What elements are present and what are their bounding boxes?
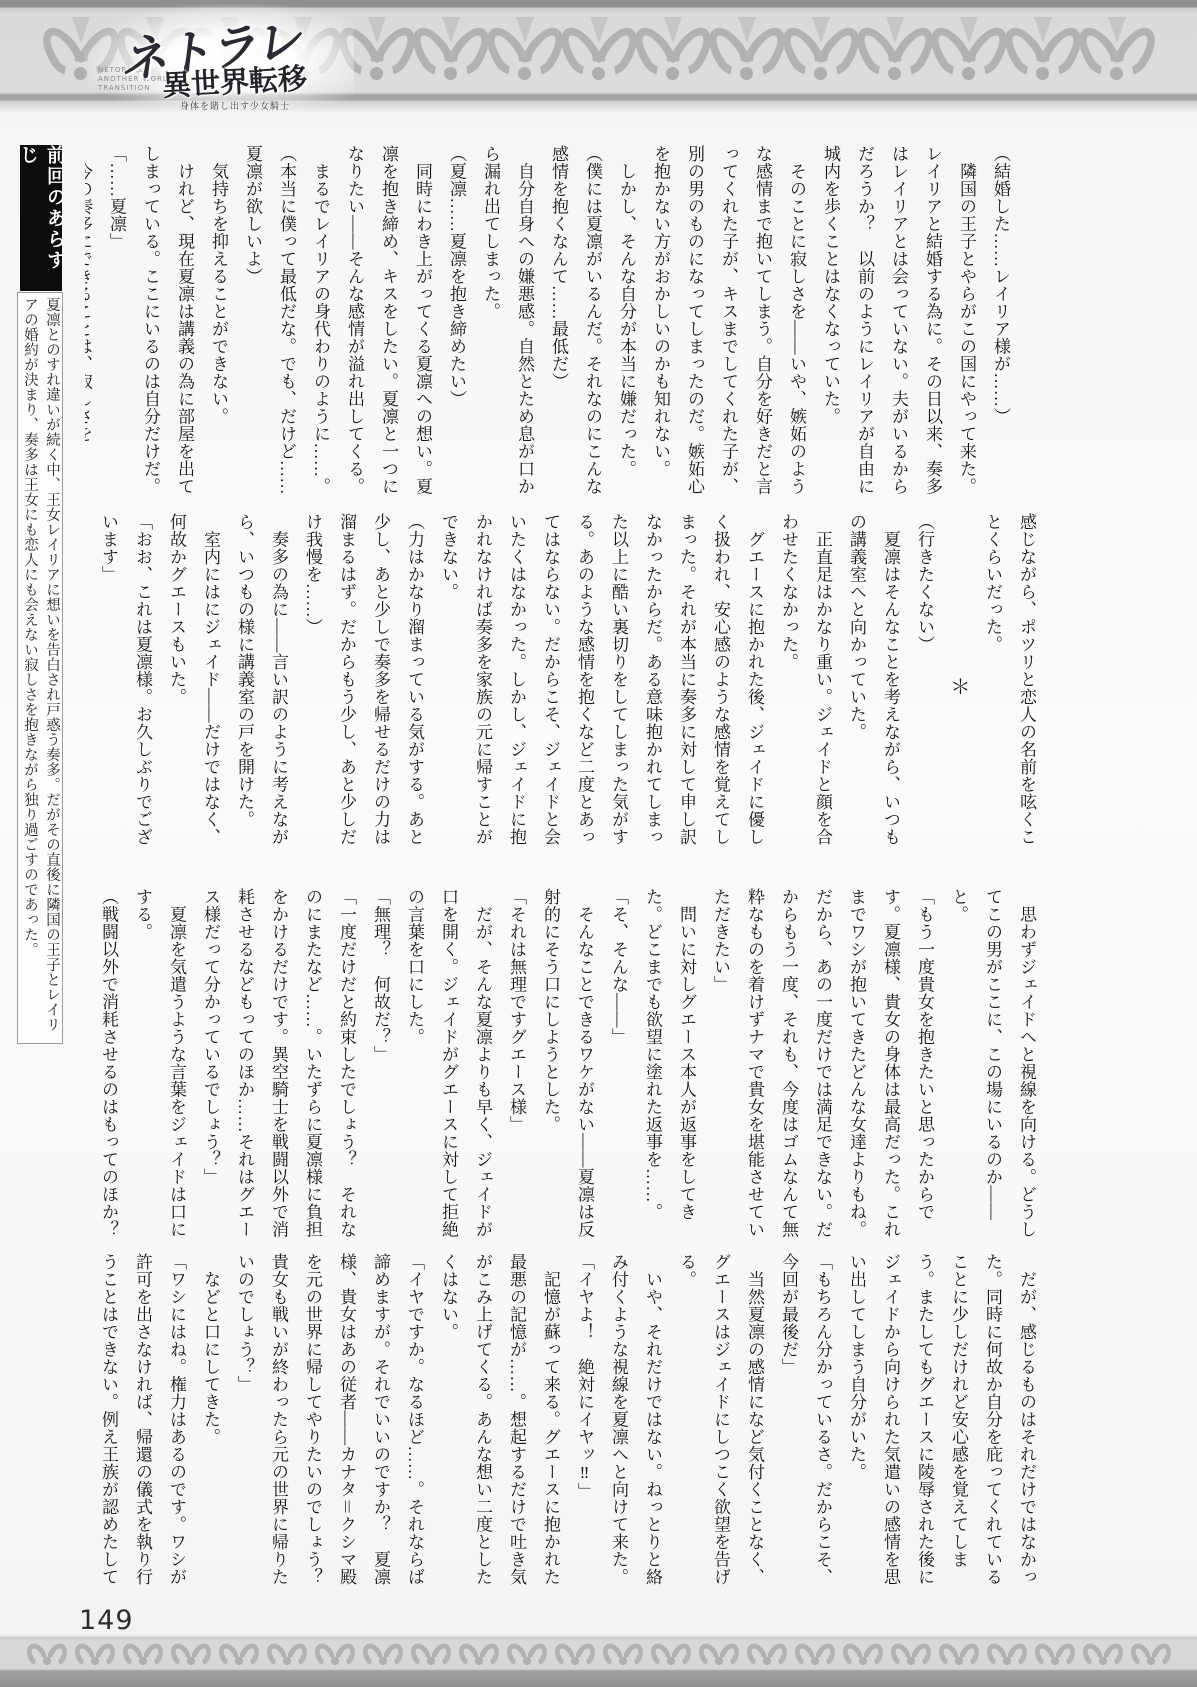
scrollwork-motif — [647, 1641, 695, 1667]
scrollwork-motif — [839, 1641, 887, 1667]
paragraph: 「ワシにはね。権力はあるのです。ワシが許可を出さなければ、帰還の儀式を執り行うこ… — [85, 1253, 193, 1600]
scrollwork-motif — [562, 11, 636, 91]
paragraph: けれど、現在夏凛は講義の為に部屋を出てしまっている。ここにいるのは自分だけだ。 — [133, 145, 201, 497]
scrollwork-motif — [455, 1641, 503, 1667]
paragraph: （戦闘以外で消耗させるのはもってのほか？ それを……それをお前が言うのか。お前が… — [85, 888, 125, 1240]
scrollwork-motif — [935, 1641, 983, 1667]
paragraph: 「おお、これは夏凛様。お久しぶりでございます」 — [91, 513, 159, 859]
scrollwork-motif — [311, 1641, 359, 1667]
paragraph: 「一度だけだと約束したでしょう？ それなのにまたなど……。いたずらに夏凛様に負担… — [193, 888, 363, 1240]
paragraph: しかし、そんな自分が本当に嫌だった。 — [609, 145, 643, 497]
paragraph: （行きたくない） — [907, 513, 941, 859]
paragraph: 「もちろん分かっているさ。だからこそ、今回が最後だ」 — [771, 1253, 839, 1600]
synopsis-text: 夏凛とのすれ違いが続く中、王女レイリアに想いを告白され戸惑う奏多。だがその直後に… — [19, 297, 63, 1039]
paragraph: 「そ、そんな――」 — [601, 888, 635, 1240]
paragraph: 同時にわき上がってくる夏凛への想い。夏凛を抱き締め、キスをしたい。夏凛と一つにな… — [337, 145, 439, 497]
scrollwork-motif — [359, 1641, 407, 1667]
scrollwork-motif — [1080, 11, 1154, 91]
scrollwork-motif — [414, 11, 488, 91]
scrollwork-motif — [983, 1641, 1031, 1667]
novel-page: Netorare Another World Transition ネトラレ 異… — [0, 0, 1197, 1687]
paragraph: 隣国の王子とやらがこの国にやって来た。レイリアと結婚する為に。その日以来、奏多は… — [813, 145, 983, 497]
text-band-2: 感じながら、ポツリと恋人の名前を呟くことくらいだった。＊（行きたくない） 夏凛は… — [85, 513, 1043, 859]
paragraph: 「……夏凛」 — [99, 145, 133, 497]
scrollwork-motif — [710, 11, 784, 91]
paragraph: 夏凛はそんなことを考えながら、いつもの講義室へと向かっていた。 — [839, 513, 907, 859]
text-band-4: だが、感じるものはそれだけではなかった。同時に何故か自分を庇ってくれていることに… — [85, 1253, 1043, 1600]
paragraph: 奏多の為に――言い訳のように考えながら、いつもの様に講義室の戸を開けた。 — [227, 513, 295, 859]
paragraph: 当然夏凛の感情になど気付くことなく、グエースはジェイドにしつこく欲望を告げる。 — [669, 1253, 771, 1600]
scrollwork-motif — [551, 1641, 599, 1667]
paragraph: 今の奏多にできることは、寂しさを — [85, 145, 99, 497]
paragraph: そのことに寂しさを――いや、嫉妬のような感情まで抱いてしまう。自分を好きだと言っ… — [643, 145, 813, 497]
scrollwork-motif — [743, 1641, 791, 1667]
bottom-ornamental-border — [0, 1635, 1197, 1687]
paragraph: 「イヤよ！ 絶対にイヤッ‼」 — [567, 1253, 601, 1600]
ornament-row — [0, 1639, 1197, 1669]
paragraph: グエースに抱かれた後、ジェイドに優しく扱われ、安心感のような感情を覚えてしまった… — [431, 513, 771, 859]
scrollwork-motif — [1127, 1641, 1175, 1667]
scrollwork-motif — [887, 1641, 935, 1667]
paragraph: 「イヤですか。なるほど……。それならば諦めますが。それでいいのですか？ 夏凛様、… — [227, 1253, 431, 1600]
logo-title-sub: 異世界転移 — [161, 56, 308, 105]
logo-tagline: 身体を賭し出す少女騎士 — [180, 99, 290, 112]
scrollwork-motif — [167, 1641, 215, 1667]
scrollwork-motif — [1031, 1641, 1079, 1667]
paragraph: （力はかなり溜まっている気がする。あと少し、あと少しで奏多を帰せるだけの力は溜ま… — [295, 513, 431, 859]
scrollwork-motif — [1079, 1641, 1127, 1667]
page-number: 149 — [79, 1605, 134, 1636]
scrollwork-motif — [488, 11, 562, 91]
scrollwork-motif — [599, 1641, 647, 1667]
paragraph: （本当に僕って最低だな。でも、だけど……夏凛が欲しいよ） — [235, 145, 303, 497]
scrollwork-motif — [407, 1641, 455, 1667]
scrollwork-motif — [858, 11, 932, 91]
paragraph: 問いに対しグエース本人が返事をしてきた。どこまでも欲望に塗れた返事を……。 — [635, 888, 703, 1240]
paragraph: そんなことできるワケがない――夏凛は反射的にそう口にしようとした。 — [533, 888, 601, 1240]
paragraph: 室内にはにジェイド――だけではなく、何故かグエースもいた。 — [159, 513, 227, 859]
paragraph: まるでレイリアの身代わりのように……。 — [303, 145, 337, 497]
text-band-1: （結婚した……レイリア様が……） 隣国の王子とやらがこの国にやって来た。レイリア… — [85, 145, 1043, 497]
paragraph: 「無理？ 何故だ？」 — [363, 888, 397, 1240]
text-band-3: 思わずジェイドへと視線を向ける。どうしてこの男がここに、この場にいるのか――と。… — [85, 888, 1043, 1240]
synopsis-header: 前回のあらすじ — [20, 145, 62, 291]
paragraph: （結婚した……レイリア様が……） — [983, 145, 1017, 497]
scrollwork-motif — [215, 1641, 263, 1667]
paragraph: などと口にしてきた。 — [193, 1253, 227, 1600]
scrollwork-motif — [695, 1641, 743, 1667]
scrollwork-motif — [503, 1641, 551, 1667]
paragraph: 気持ちを抑えることができない。 — [201, 145, 235, 497]
synopsis-box: 夏凛とのすれ違いが続く中、王女レイリアに想いを告白され戸惑う奏多。だがその直後に… — [17, 292, 63, 1044]
scrollwork-motif — [263, 1641, 311, 1667]
paragraph: だが、感じるものはそれだけではなかった。同時に何故か自分を庇ってくれていることに… — [839, 1253, 1043, 1600]
paragraph: （夏凛……夏凛を抱き締めたい） — [439, 145, 473, 497]
scrollwork-motif — [1006, 11, 1080, 91]
scrollwork-motif — [932, 11, 1006, 91]
paragraph: 自分自身への嫌悪感。自然とため息が口から漏れ出てしまった。 — [473, 145, 541, 497]
section-separator: ＊ — [941, 513, 975, 859]
paragraph: 感じながら、ポツリと恋人の名前を呟くことくらいだった。 — [975, 513, 1043, 859]
paragraph: 正直足はかなり重い。ジェイドと顔を合わせたくなかった。 — [771, 513, 839, 859]
scrollwork-motif — [784, 11, 858, 91]
scrollwork-motif — [119, 1641, 167, 1667]
paragraph: 記憶が蘇って来る。グエースに抱かれた最悪の記憶が……。想起するだけで吐き気がこみ… — [431, 1253, 567, 1600]
paragraph: いや、それだけではない。ねっとりと絡み付くような視線を夏凛へと向けて来た。 — [601, 1253, 669, 1600]
scrollwork-motif — [791, 1641, 839, 1667]
paragraph: 夏凛を気遣うような言葉をジェイドは口にする。 — [125, 888, 193, 1240]
paragraph: 「もう一度貴女を抱きたいと思ったからです。夏凛様、貴女の身体は最高だった。これま… — [703, 888, 941, 1240]
paragraph: 「それは無理ですグエース様」 — [499, 888, 533, 1240]
paragraph: 思わずジェイドへと視線を向ける。どうしてこの男がここに、この場にいるのか――と。 — [941, 888, 1043, 1240]
scrollwork-motif — [71, 1641, 119, 1667]
paragraph: だが、そんな夏凛よりも早く、ジェイドが口を開く。ジェイドがグエースに対して拒絶の… — [397, 888, 499, 1240]
scrollwork-motif — [23, 1641, 71, 1667]
paragraph: 脂ぎったハゲ親父が薄気味悪い笑みを浮かべて見せてくる。ゾクゾクと背筋に悪寒が走っ… — [85, 513, 91, 859]
scrollwork-motif — [636, 11, 710, 91]
paragraph: （僕には夏凛がいるんだ。それなのにこんな感情を抱くなんて……最低だ） — [541, 145, 609, 497]
series-logo: Netorare Another World Transition ネトラレ 異… — [84, 4, 354, 116]
